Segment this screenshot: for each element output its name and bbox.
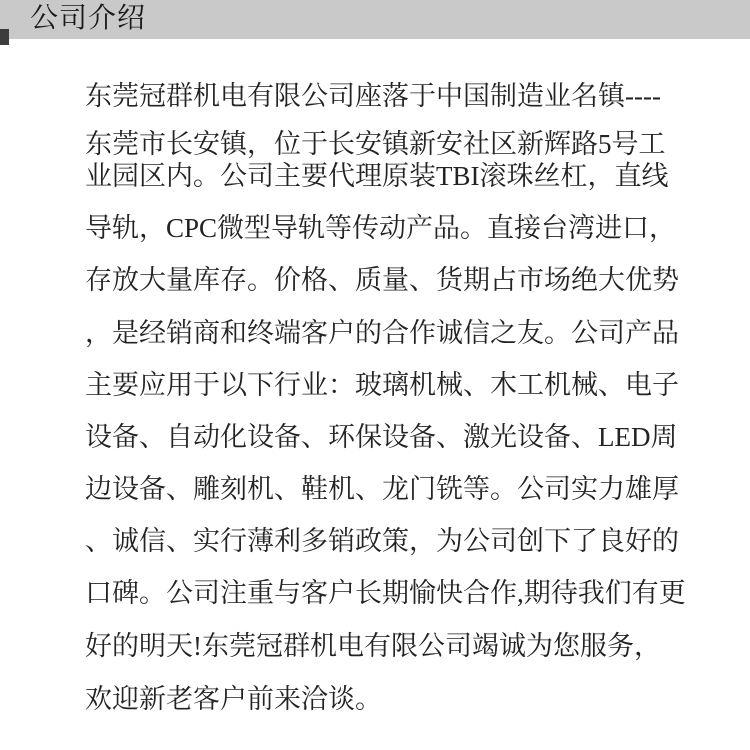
left-edge-mark	[0, 29, 9, 45]
paragraph-line: 口碑。公司注重与客户长期愉快合作,期待我们有更	[85, 580, 675, 607]
paragraph-line: 、诚信、实行薄利多销政策，为公司创下了良好的	[85, 528, 675, 555]
paragraph-line: 东莞市长安镇，位于长安镇新安社区新辉路5号工	[85, 131, 675, 158]
company-intro-page: 公司介绍 东莞冠群机电有限公司座落于中国制造业名镇---- 东莞市长安镇，位于长…	[0, 0, 750, 750]
company-intro-text: 东莞冠群机电有限公司座落于中国制造业名镇---- 东莞市长安镇，位于长安镇新安社…	[85, 39, 675, 713]
paragraph-line: 边设备、雕刻机、鞋机、龙门铣等。公司实力雄厚	[85, 476, 675, 503]
paragraph-line: 欢迎新老客户前来洽谈。	[85, 686, 675, 713]
section-header: 公司介绍	[0, 0, 750, 39]
paragraph-line: 存放大量库存。价格、质量、货期占市场绝大优势	[85, 267, 675, 294]
paragraph-line: 东莞冠群机电有限公司座落于中国制造业名镇----	[85, 83, 675, 110]
paragraph-line: 业园区内。公司主要代理原装TBI滚珠丝杠，直线	[85, 163, 675, 190]
paragraph-line: 导轨，CPC微型导轨等传动产品。直接台湾进口，	[85, 215, 675, 242]
paragraph-line: 主要应用于以下行业：玻璃机械、木工机械、电子	[85, 372, 675, 399]
paragraph-line: 好的明天!东莞冠群机电有限公司竭诚为您服务，	[85, 633, 675, 660]
paragraph-line: 设备、自动化设备、环保设备、激光设备、LED周	[85, 424, 675, 451]
section-title: 公司介绍	[30, 4, 146, 34]
paragraph-line: ，是经销商和终端客户的合作诚信之友。公司产品	[85, 320, 675, 347]
